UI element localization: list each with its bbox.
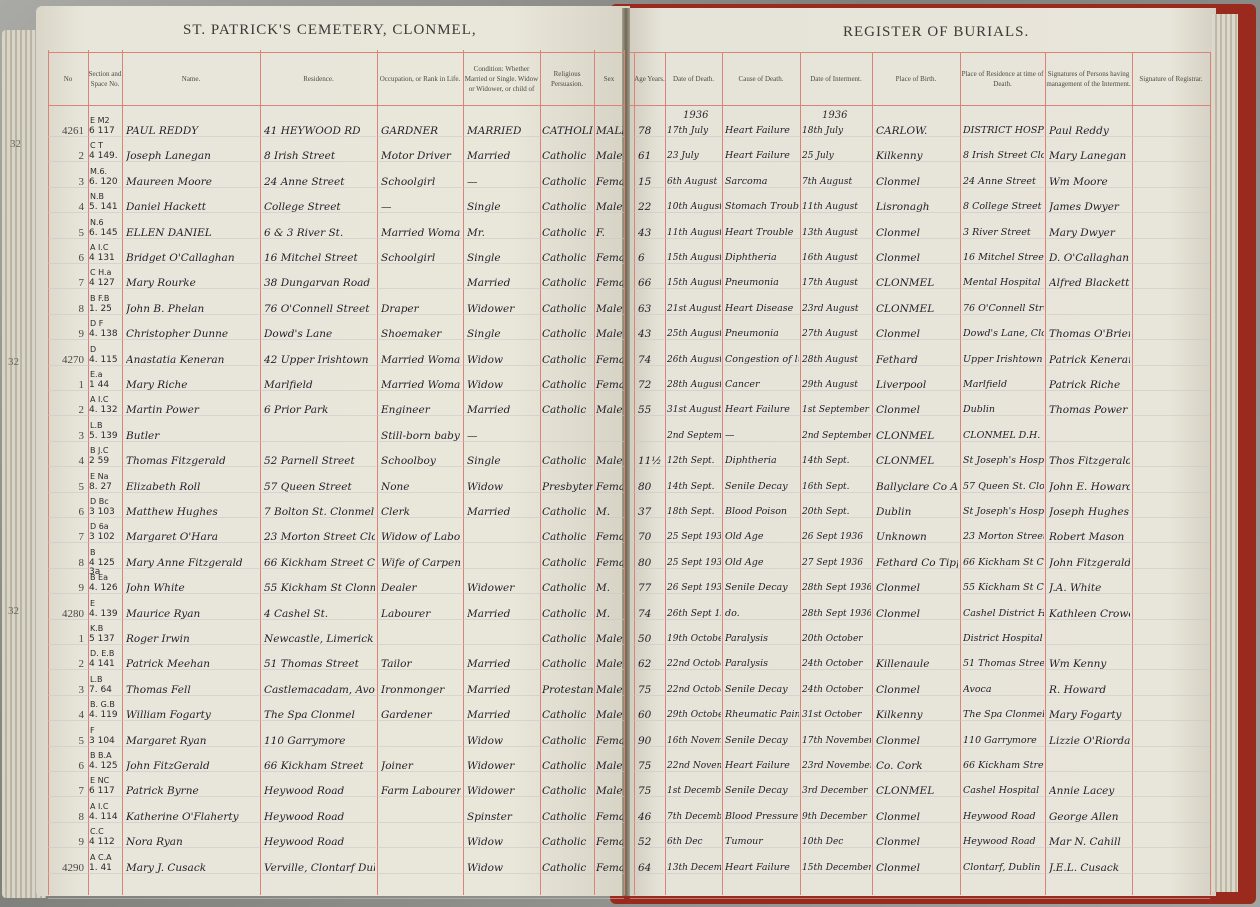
- entry-occupation: Dealer: [381, 581, 461, 595]
- entry-date-of-death: 6th August: [667, 175, 721, 189]
- entry-date-of-interment: 16th Sept.: [802, 480, 871, 494]
- entry-age: 46: [638, 810, 663, 824]
- entry-residence: 41 HEYWOOD RD: [264, 124, 375, 138]
- column-header-condition: Condition: Whether Married or Single. Wi…: [463, 54, 540, 103]
- entry-section: B J.C: [90, 446, 124, 455]
- entry-religion: Catholic: [542, 226, 593, 240]
- entry-condition: Mr.: [467, 226, 538, 240]
- entry-residence: Dowd's Lane: [264, 327, 375, 341]
- entry-age: 75: [638, 759, 663, 773]
- entry-section: E NC: [90, 776, 124, 785]
- entry-cause-of-death: Diphtheria: [725, 251, 799, 265]
- entry-number: 6: [44, 252, 84, 264]
- entry-age: 77: [638, 581, 663, 595]
- entry-signature: Annie Lacey: [1049, 784, 1130, 798]
- entry-religion: Catholic: [542, 759, 593, 773]
- entry-condition: MARRIED: [467, 124, 538, 138]
- left-page-title: ST. PATRICK'S CEMETERY, CLONMEL,: [183, 22, 477, 39]
- entry-condition: Married: [467, 657, 538, 671]
- entry-place-of-birth: Clonmel: [876, 251, 958, 265]
- header-rule: [48, 52, 624, 53]
- entry-age: 37: [638, 505, 663, 519]
- entry-section: B F.B: [90, 294, 124, 303]
- entry-number: 1: [44, 633, 84, 645]
- entry-name: Patrick Meehan: [126, 657, 258, 671]
- column-header-cause: Cause of Death.: [722, 54, 800, 103]
- entry-age: 75: [638, 683, 663, 697]
- entry-signature: D. O'Callaghan: [1049, 251, 1130, 265]
- entry-condition: Widower: [467, 784, 538, 798]
- entry-age: 74: [638, 607, 663, 621]
- entry-signature: Thomas O'Brien: [1049, 327, 1130, 341]
- entry-age: 80: [638, 556, 663, 570]
- entry-name: Daniel Hackett: [126, 200, 258, 214]
- header-rule: [630, 105, 1210, 106]
- entry-sex: Male: [596, 149, 623, 163]
- column-header-date-death: Date of Death.: [665, 54, 722, 103]
- entry-age: 22: [638, 200, 663, 214]
- entry-residence-at-death: Cashel Hospital: [963, 784, 1044, 798]
- column-rule: [594, 50, 595, 895]
- entry-section: D: [90, 345, 124, 354]
- entry-number: 6: [44, 760, 84, 772]
- entry-religion: Catholic: [542, 530, 593, 544]
- entry-occupation: Labourer: [381, 607, 461, 621]
- entry-date-of-death: 26th August: [667, 353, 721, 367]
- entry-sex: Female: [596, 556, 623, 570]
- entry-name: Mary Riche: [126, 378, 258, 392]
- entry-residence: 55 Kickham St Clonmel: [264, 581, 375, 595]
- entry-residence: Heywood Road: [264, 784, 375, 798]
- entry-religion: Catholic: [542, 378, 593, 392]
- entry-residence-at-death: District Hospital Clonmel: [963, 632, 1044, 646]
- entry-condition: Widower: [467, 581, 538, 595]
- entry-residence: 4 Cashel St.: [264, 607, 375, 621]
- entry-place-of-birth: Liverpool: [876, 378, 958, 392]
- entry-residence-at-death: 55 Kickham St Clonmel: [963, 581, 1044, 595]
- entry-name: Thomas Fell: [126, 683, 258, 697]
- entry-religion: Catholic: [542, 505, 593, 519]
- entry-residence: 57 Queen Street: [264, 480, 375, 494]
- entry-residence: Heywood Road: [264, 810, 375, 824]
- entry-section: E Na: [90, 472, 124, 481]
- entry-space: 1. 25: [89, 305, 123, 314]
- entry-signature: Alfred Blackett: [1049, 276, 1130, 290]
- entry-section: B B.A: [90, 751, 124, 760]
- entry-occupation: Schoolboy: [381, 454, 461, 468]
- entry-space: 5. 141: [89, 203, 123, 212]
- entry-number: 7: [44, 277, 84, 289]
- entry-name: Bridget O'Callaghan: [126, 251, 258, 265]
- header-rule: [48, 105, 624, 106]
- entry-condition: Married: [467, 683, 538, 697]
- entry-occupation: GARDNER: [381, 124, 461, 138]
- column-header-no: No: [48, 54, 88, 103]
- entry-residence: Castlemacadam, Avoca: [264, 683, 375, 697]
- entry-space: 4 141: [89, 660, 123, 669]
- entry-residence: College Street: [264, 200, 375, 214]
- entry-name: ELLEN DANIEL: [126, 226, 258, 240]
- entry-religion: Catholic: [542, 149, 593, 163]
- entry-cause-of-death: Heart Failure: [725, 124, 799, 138]
- entry-signature: John E. Howard: [1049, 480, 1130, 494]
- entry-condition: Married: [467, 607, 538, 621]
- entry-date-of-interment: 17th November: [802, 734, 871, 748]
- entry-residence: 6 Prior Park: [264, 403, 375, 417]
- entry-occupation: Married Woman: [381, 353, 461, 367]
- entry-age: 74: [638, 353, 663, 367]
- entry-date-of-death: 22nd November: [667, 759, 721, 773]
- entry-date-of-death: 31st August: [667, 403, 721, 417]
- entry-date-of-death: 22nd October: [667, 683, 721, 697]
- entry-date-of-interment: 3rd December: [802, 784, 871, 798]
- entry-place-of-birth: CLONMEL: [876, 784, 958, 798]
- entry-number: 9: [44, 582, 84, 594]
- entry-occupation: Wife of Carpenter: [381, 556, 461, 570]
- entry-religion: Catholic: [542, 784, 593, 798]
- entry-section: A I.C: [90, 395, 124, 404]
- entry-occupation: Clerk: [381, 505, 461, 519]
- entry-sex: Female: [596, 480, 623, 494]
- column-rule: [665, 52, 666, 895]
- entry-number: 8: [44, 557, 84, 569]
- entry-sex: Male: [596, 708, 623, 722]
- column-header-signature-registrar: Signature of Registrar.: [1132, 54, 1210, 103]
- column-rule: [377, 50, 378, 895]
- entry-date-of-interment: 13th August: [802, 226, 871, 240]
- entry-number: 4: [44, 709, 84, 721]
- entry-age: 6: [638, 251, 663, 265]
- entry-residence: 38 Dungarvan Road: [264, 276, 375, 290]
- entry-occupation: Married Woman: [381, 226, 461, 240]
- entry-residence: Heywood Road: [264, 835, 375, 849]
- entry-name: Thomas Fitzgerald: [126, 454, 258, 468]
- column-rule: [722, 52, 723, 895]
- entry-space: 6. 120: [89, 178, 123, 187]
- entry-sex: M.: [596, 607, 623, 621]
- column-header-section: Section and Space No.: [88, 54, 122, 103]
- entry-number: 7: [44, 785, 84, 797]
- entry-number: 4290: [44, 862, 84, 874]
- entry-place-of-birth: Clonmel: [876, 683, 958, 697]
- entry-condition: Widow: [467, 734, 538, 748]
- margin-mark: 32: [8, 605, 19, 617]
- entry-religion: Catholic: [542, 708, 593, 722]
- entry-name: Mary Anne Fitzgerald: [126, 556, 258, 570]
- entry-residence: Verville, Clontarf Dublin: [264, 861, 375, 875]
- entry-residence-at-death: St Joseph's Hospital Clonmel: [963, 505, 1044, 519]
- entry-date-of-interment: 23rd November: [802, 759, 871, 773]
- entry-date-of-death: 19th October: [667, 632, 721, 646]
- entry-name: Mary J. Cusack: [126, 861, 258, 875]
- entry-date-of-interment: 20th October: [802, 632, 871, 646]
- entry-religion: Catholic: [542, 276, 593, 290]
- entry-name: Maureen Moore: [126, 175, 258, 189]
- entry-age: 72: [638, 378, 663, 392]
- entry-cause-of-death: —: [725, 429, 799, 443]
- entry-number: 5: [44, 227, 84, 239]
- entry-number: 4: [44, 455, 84, 467]
- entry-number: 8: [44, 303, 84, 315]
- entry-occupation: Married Woman: [381, 378, 461, 392]
- entry-signature: Robert Mason: [1049, 530, 1130, 544]
- entry-signature: Wm Kenny: [1049, 657, 1130, 671]
- column-rule: [1210, 52, 1211, 895]
- entry-condition: Widow: [467, 378, 538, 392]
- entry-age: 80: [638, 480, 663, 494]
- margin-mark: 32: [10, 138, 21, 150]
- entry-section: L.B: [90, 675, 124, 684]
- entry-cause-of-death: Congestion of lungs: [725, 353, 799, 367]
- entry-occupation: Widow of Labourer: [381, 530, 461, 544]
- entry-place-of-birth: Clonmel: [876, 327, 958, 341]
- entry-place-of-birth: Co. Cork: [876, 759, 958, 773]
- entry-religion: Catholic: [542, 403, 593, 417]
- entry-number: 3: [44, 176, 84, 188]
- entry-date-of-death: 11th August: [667, 226, 721, 240]
- entry-place-of-birth: Fethard Co Tipperary: [876, 556, 958, 570]
- column-header-name: Name.: [122, 54, 260, 103]
- entry-sex: Female: [596, 276, 623, 290]
- entry-religion: Catholic: [542, 734, 593, 748]
- entry-age: 90: [638, 734, 663, 748]
- entry-age: 15: [638, 175, 663, 189]
- right-page-title: REGISTER OF BURIALS.: [843, 24, 1029, 41]
- entry-residence: 76 O'Connell Street: [264, 302, 375, 316]
- entry-residence: Newcastle, Limerick: [264, 632, 375, 646]
- entry-date-of-interment: 18th July: [802, 124, 871, 138]
- entry-number: 5: [44, 735, 84, 747]
- column-header-birthplace: Place of Birth.: [872, 54, 960, 103]
- entry-condition: —: [467, 429, 538, 443]
- entry-condition: Widower: [467, 759, 538, 773]
- entry-condition: Widow: [467, 353, 538, 367]
- entry-name: Joseph Lanegan: [126, 149, 258, 163]
- entry-number: 4270: [44, 354, 84, 366]
- entry-sex: Female: [596, 378, 623, 392]
- entry-date-of-death: 26th Sept 1936: [667, 607, 721, 621]
- column-header-date-interment: Date of Interment.: [800, 54, 872, 103]
- entry-signature: Paul Reddy: [1049, 124, 1130, 138]
- entry-cause-of-death: Heart Trouble: [725, 226, 799, 240]
- entry-date-of-death: 13th December: [667, 861, 721, 875]
- year-of-interment: 1936: [822, 110, 847, 121]
- entry-space: 1. 41: [89, 864, 123, 873]
- entry-age: 43: [638, 327, 663, 341]
- entry-sex: Female: [596, 353, 623, 367]
- entry-date-of-interment: 29th August: [802, 378, 871, 392]
- entry-date-of-death: 28th August: [667, 378, 721, 392]
- entry-space: 6 117: [89, 127, 123, 136]
- entry-space: 6. 145: [89, 229, 123, 238]
- entry-residence-at-death: Mental Hospital: [963, 276, 1044, 290]
- entry-cause-of-death: Stomach Trouble: [725, 200, 799, 214]
- entry-name: PAUL REDDY: [126, 124, 258, 138]
- entry-occupation: Draper: [381, 302, 461, 316]
- entry-age: 62: [638, 657, 663, 671]
- entry-religion: Protestant: [542, 683, 593, 697]
- entry-residence-at-death: 66 Kickham Street: [963, 759, 1044, 773]
- entry-date-of-death: 1st December: [667, 784, 721, 798]
- entry-religion: Catholic: [542, 607, 593, 621]
- entry-date-of-death: 22nd October: [667, 657, 721, 671]
- entry-condition: Married: [467, 708, 538, 722]
- entry-occupation: Engineer: [381, 403, 461, 417]
- entry-section: D 6a: [90, 522, 124, 531]
- entry-space: 2 59: [89, 457, 123, 466]
- entry-residence-at-death: 66 Kickham St Clonmel: [963, 556, 1044, 570]
- entry-age: 55: [638, 403, 663, 417]
- entry-cause-of-death: Diphtheria: [725, 454, 799, 468]
- entry-sex: Male: [596, 759, 623, 773]
- entry-date-of-death: 23 July: [667, 149, 721, 163]
- entry-residence: 23 Morton Street Clonmel: [264, 530, 375, 544]
- entry-place-of-birth: Clonmel: [876, 226, 958, 240]
- column-rule: [624, 50, 625, 895]
- entry-condition: Spinster: [467, 810, 538, 824]
- entry-occupation: —: [381, 200, 461, 214]
- entry-place-of-birth: CLONMEL: [876, 302, 958, 316]
- entry-residence-at-death: 24 Anne Street: [963, 175, 1044, 189]
- entry-condition: Married: [467, 505, 538, 519]
- entry-cause-of-death: Heart Failure: [725, 149, 799, 163]
- entry-signature: Mary Fogarty: [1049, 708, 1130, 722]
- entry-occupation: Tailor: [381, 657, 461, 671]
- entry-date-of-interment: 7th August: [802, 175, 871, 189]
- entry-place-of-birth: Clonmel: [876, 175, 958, 189]
- entry-date-of-interment: 24th October: [802, 657, 871, 671]
- column-header-occupation: Occupation, or Rank in Life.: [377, 54, 463, 103]
- column-header-signature-manager: Signatures of Persons having management …: [1045, 54, 1132, 103]
- entry-cause-of-death: Blood Pressure: [725, 810, 799, 824]
- entry-date-of-interment: 26 Sept 1936: [802, 530, 871, 544]
- entry-name: Roger Irwin: [126, 632, 258, 646]
- entry-residence-at-death: Clontarf, Dublin: [963, 861, 1044, 875]
- entry-place-of-birth: Lisronagh: [876, 200, 958, 214]
- entry-name: Martin Power: [126, 403, 258, 417]
- entry-residence: 16 Mitchel Street: [264, 251, 375, 265]
- entry-signature: Mary Lanegan: [1049, 149, 1130, 163]
- entry-residence-at-death: Marlfield: [963, 378, 1044, 392]
- entry-age: 64: [638, 861, 663, 875]
- entry-date-of-interment: 2nd September: [802, 429, 871, 443]
- entry-place-of-birth: Dublin: [876, 505, 958, 519]
- entry-date-of-interment: 14th Sept.: [802, 454, 871, 468]
- entry-residence-at-death: 8 College Street: [963, 200, 1044, 214]
- entry-place-of-birth: CLONMEL: [876, 276, 958, 290]
- column-rule: [1132, 52, 1133, 895]
- entry-section: N.6: [90, 218, 124, 227]
- entry-cause-of-death: Senile Decay: [725, 734, 799, 748]
- entry-place-of-birth: Clonmel: [876, 581, 958, 595]
- entry-place-of-birth: Clonmel: [876, 810, 958, 824]
- entry-number: 6: [44, 506, 84, 518]
- entry-space: 5. 139: [89, 432, 123, 441]
- entry-residence: 6 & 3 River St.: [264, 226, 375, 240]
- entry-number: 5: [44, 481, 84, 493]
- entry-signature: Thomas Power: [1049, 403, 1130, 417]
- entry-age: 70: [638, 530, 663, 544]
- entry-occupation: Motor Driver: [381, 149, 461, 163]
- column-header-age: Age Years.: [634, 54, 665, 103]
- entry-space: 4 149.: [89, 152, 123, 161]
- entry-space: 3 103: [89, 508, 123, 517]
- entry-section: F: [90, 726, 124, 735]
- entry-occupation: Ironmonger: [381, 683, 461, 697]
- entry-date-of-death: 26 Sept 1936: [667, 581, 721, 595]
- entry-cause-of-death: Sarcoma: [725, 175, 799, 189]
- entry-place-of-birth: CLONMEL: [876, 429, 958, 443]
- entry-residence: 7 Bolton St. Clonmel: [264, 505, 375, 519]
- column-rule: [634, 52, 635, 895]
- entry-cause-of-death: Paralysis: [725, 657, 799, 671]
- entry-age: 50: [638, 632, 663, 646]
- entry-number: 2: [44, 404, 84, 416]
- entry-residence-at-death: Heywood Road: [963, 835, 1044, 849]
- entry-date-of-death: 17th July: [667, 124, 721, 138]
- entry-religion: Catholic: [542, 835, 593, 849]
- entry-sex: Male: [596, 683, 623, 697]
- entry-residence-at-death: 16 Mitchel Street: [963, 251, 1044, 265]
- entry-number: 4: [44, 201, 84, 213]
- entry-space: 4 131: [89, 254, 123, 263]
- entry-name: Margaret O'Hara: [126, 530, 258, 544]
- entry-signature: John Fitzgerald: [1049, 556, 1130, 570]
- entry-condition: Widow: [467, 835, 538, 849]
- entry-section: D F: [90, 319, 124, 328]
- entry-sex: Male: [596, 302, 623, 316]
- entry-residence: 52 Parnell Street: [264, 454, 375, 468]
- entry-place-of-birth: Killenaule: [876, 657, 958, 671]
- entry-condition: Single: [467, 251, 538, 265]
- entry-religion: Presbyterian: [542, 480, 593, 494]
- entry-residence-at-death: Heywood Road: [963, 810, 1044, 824]
- entry-cause-of-death: Paralysis: [725, 632, 799, 646]
- entry-date-of-death: 25 Sept 1936: [667, 530, 721, 544]
- entry-name: William Fogarty: [126, 708, 258, 722]
- entry-space: 3 104: [89, 737, 123, 746]
- entry-signature: Mary Dwyer: [1049, 226, 1130, 240]
- entry-place-of-birth: CLONMEL: [876, 454, 958, 468]
- entry-name: Margaret Ryan: [126, 734, 258, 748]
- entry-condition: —: [467, 175, 538, 189]
- entry-number: 4261: [44, 125, 84, 137]
- entry-date-of-interment: 15th December: [802, 861, 871, 875]
- entry-name: John FitzGerald: [126, 759, 258, 773]
- entry-cause-of-death: Senile Decay: [725, 784, 799, 798]
- entry-space: 4. 139: [89, 610, 123, 619]
- entry-place-of-birth: Kilkenny: [876, 708, 958, 722]
- entry-number: 2: [44, 150, 84, 162]
- entry-name: Mary Rourke: [126, 276, 258, 290]
- entry-residence-at-death: Upper Irishtown: [963, 353, 1044, 367]
- margin-mark: 32: [8, 356, 19, 368]
- entry-residence: 42 Upper Irishtown: [264, 353, 375, 367]
- column-header-residence-death: Place of Residence at time of Death.: [960, 54, 1045, 103]
- entry-date-of-death: 21st August: [667, 302, 721, 316]
- entry-religion: Catholic: [542, 327, 593, 341]
- entry-cause-of-death: Senile Decay: [725, 581, 799, 595]
- entry-signature: Patrick Riche: [1049, 378, 1130, 392]
- column-rule: [800, 52, 801, 895]
- entry-sex: M.: [596, 505, 623, 519]
- entry-place-of-birth: Clonmel: [876, 734, 958, 748]
- entry-sex: Male: [596, 200, 623, 214]
- column-header-religion: Religious Persuasion.: [540, 54, 594, 103]
- entry-place-of-birth: Ballyclare Co Antrim: [876, 480, 958, 494]
- entry-sex: MALE: [596, 124, 623, 138]
- entry-date-of-death: 14th Sept.: [667, 480, 721, 494]
